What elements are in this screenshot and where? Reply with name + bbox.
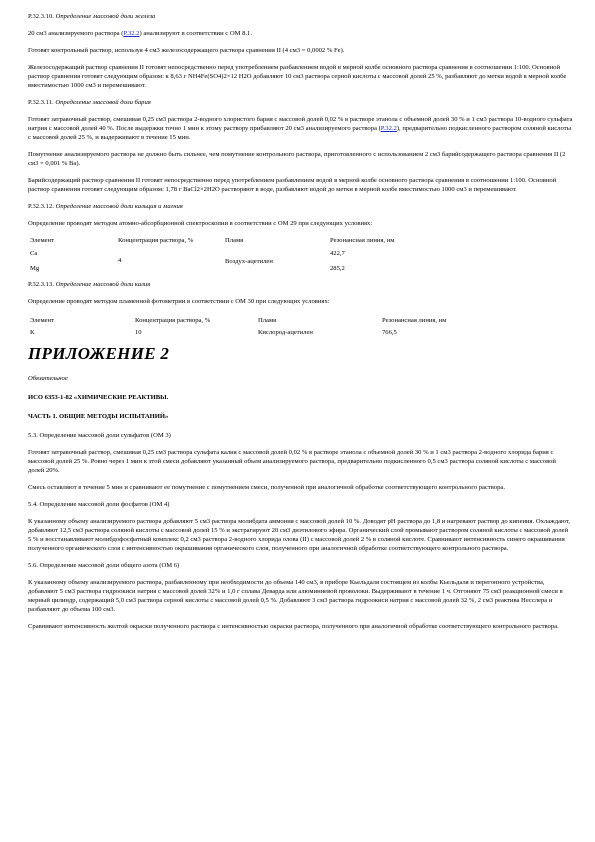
paragraph: К указанному объему анализируемого раств… — [28, 517, 573, 553]
document-page: Р.32.3.10. Определение массовой доли жел… — [28, 12, 573, 639]
table-header: Пламя — [225, 236, 243, 245]
paragraph: 20 см3 анализируемого раствора (Р.32.2) … — [28, 29, 573, 38]
table-cell: 766,5 — [382, 328, 397, 337]
paragraph: Готовят затравочный раствор, смешивая 0,… — [28, 115, 573, 142]
table-header: Концентрация раствора, % — [118, 236, 193, 245]
paragraph: Готовят затравочный раствор, смешивая 0,… — [28, 448, 573, 475]
table-cell: 4 — [118, 256, 121, 265]
ref-link-p32-2[interactable]: Р.32.2 — [123, 30, 139, 37]
table-header: Резонансная линия, нм — [382, 316, 446, 325]
paragraph: Готовят контрольный раствор, используя 4… — [28, 46, 573, 55]
flame-photometry-table: Элемент Концентрация раствора, % Пламя Р… — [28, 316, 573, 340]
subsection-heading-sulfates: 5.3. Определение массовой доли сульфатов… — [28, 431, 573, 440]
section-heading-barium: Р.32.3.11. Определение массовой доли бар… — [28, 98, 573, 107]
section-heading-potassium: Р.32.3.13. Определение массовой доли кал… — [28, 280, 573, 289]
appendix-title: ПРИЛОЖЕНИЕ 2 — [28, 344, 573, 364]
paragraph: Определение проводят методом атомно-абсо… — [28, 219, 573, 228]
table-header: Элемент — [30, 316, 54, 325]
section-heading-calcium-magnesium: Р.32.3.12. Определение массовой доли кал… — [28, 202, 573, 211]
table-header: Концентрация раствора, % — [135, 316, 210, 325]
table-cell: 10 — [135, 328, 142, 337]
table-cell: Кислород-ацетилен — [258, 328, 313, 337]
paragraph: Барийсодержащий раствор сравнения II гот… — [28, 176, 573, 194]
paragraph: Смесь оставляют в течение 5 мин и сравни… — [28, 483, 573, 492]
table-cell: K — [30, 328, 35, 337]
paragraph: Определение проводят методом пламенной ф… — [28, 297, 573, 306]
subsection-heading-nitrogen: 5.6. Определение массовой доли общего аз… — [28, 561, 573, 570]
table-cell: Mg — [30, 264, 39, 273]
table-cell: Воздух-ацетилен — [225, 257, 273, 266]
section-heading-iron: Р.32.3.10. Определение массовой доли жел… — [28, 12, 573, 21]
paragraph: К указанному объему анализируемого раств… — [28, 578, 573, 614]
part-title: ЧАСТЬ 1. ОБЩИЕ МЕТОДЫ ИСПЫТАНИЙ» — [28, 412, 573, 421]
paragraph: Сравнивают интенсивность желтой окраски … — [28, 622, 573, 631]
appendix-note: Обязательное — [28, 374, 573, 383]
subsection-heading-phosphates: 5.4. Определение массовой доли фосфатов … — [28, 500, 573, 509]
aas-conditions-table: Элемент Концентрация раствора, % Пламя Р… — [28, 236, 573, 274]
table-header: Пламя — [258, 316, 276, 325]
table-header: Резонансная линия, нм — [330, 236, 394, 245]
ref-link-p32-2[interactable]: Р.32.2 — [381, 125, 397, 132]
table-cell: Ca — [30, 249, 37, 258]
standard-title: ИСО 6353-1-82 «ХИМИЧЕСКИЕ РЕАКТИВЫ. — [28, 393, 573, 402]
table-header: Элемент — [30, 236, 54, 245]
paragraph: Железосодержащий раствор сравнения II го… — [28, 63, 573, 90]
table-cell: 285,2 — [330, 264, 345, 273]
table-cell: 422,7 — [330, 249, 345, 258]
paragraph: Помутнение анализируемого раствора не до… — [28, 150, 573, 168]
